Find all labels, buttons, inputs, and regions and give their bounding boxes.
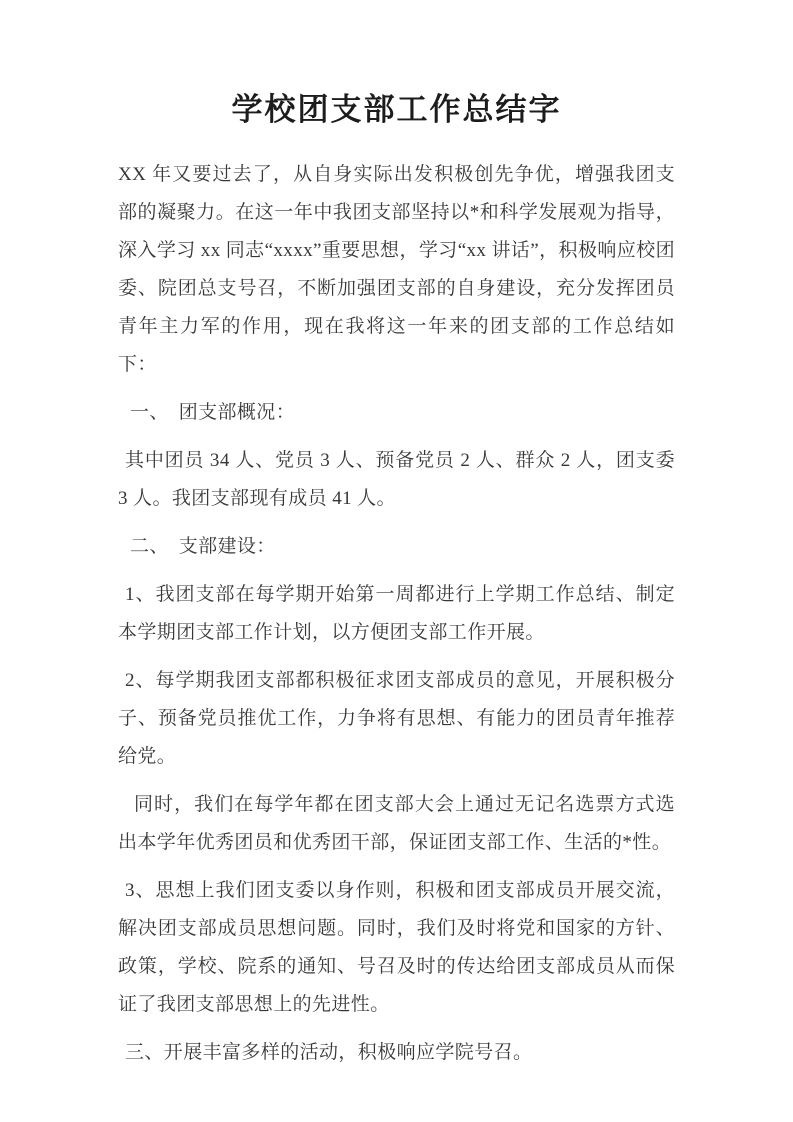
heading-section-two-branch-building: 二、 支部建设：: [118, 528, 675, 566]
document-title: 学校团支部工作总结字: [118, 88, 675, 132]
paragraph-intro: XX 年又要过去了，从自身实际出发积极创先争优，增强我团支部的凝聚力。在这一年中…: [118, 156, 675, 384]
paragraph-point-2-recommendation: 2、每学期我团支部都积极征求团支部成员的意见，开展积极分子、预备党员推优工作，力…: [118, 662, 675, 776]
paragraph-point-1-work-plan: 1、我团支部在每学期开始第一周都进行上学期工作总结、制定本学期团支部工作计划，以…: [118, 576, 675, 652]
paragraph-elections: 同时，我们在每学年都在团支部大会上通过无记名选票方式选出本学年优秀团员和优秀团干…: [118, 786, 675, 862]
heading-section-one-overview: 一、 团支部概况：: [118, 394, 675, 432]
document-page: 学校团支部工作总结字 XX 年又要过去了，从自身实际出发积极创先争优，增强我团支…: [0, 0, 793, 1122]
document-body: XX 年又要过去了，从自身实际出发积极创先争优，增强我团支部的凝聚力。在这一年中…: [118, 156, 675, 1072]
heading-section-three-activities: 三、开展丰富多样的活动，积极响应学院号召。: [118, 1034, 675, 1072]
paragraph-membership-stats: 其中团员 34 人、党员 3 人、预备党员 2 人、群众 2 人，团支委 3 人…: [118, 442, 675, 518]
paragraph-point-3-ideology: 3、思想上我们团支委以身作则，积极和团支部成员开展交流，解决团支部成员思想问题。…: [118, 872, 675, 1024]
